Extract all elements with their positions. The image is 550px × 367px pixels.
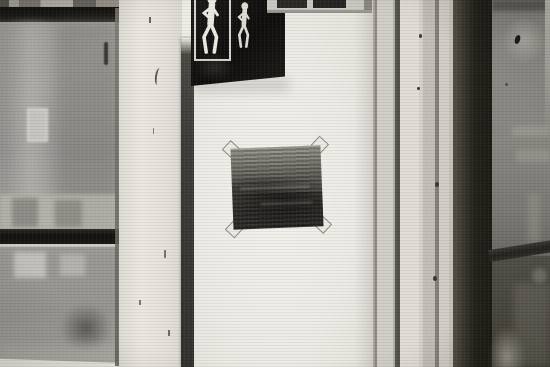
screw-hole [419,34,422,38]
left-window-upper-pane [0,22,118,230]
paint-speck [153,128,154,134]
reflection-streak [516,150,550,162]
reflection-rect [12,198,38,227]
paint-speck [168,330,170,336]
framed-object-bottom [267,0,372,13]
left-window-top-bar [0,7,126,23]
paint-speck [149,17,151,23]
glass-dark-spot [505,83,508,86]
reflection-streak [528,194,540,242]
screw-hole [417,87,420,90]
reflection-light-patch [532,268,547,283]
wall-edge-shading [354,0,375,367]
paint-speck [164,250,166,258]
middle-frame-strip [119,0,182,367]
sea-photo-group [224,138,330,238]
vertical-shadow-line [181,38,194,367]
wave-swell [232,191,323,229]
reflection-light-blob [27,108,48,142]
shadow-band [453,0,492,367]
photograph [0,0,550,367]
left-glazing-bar [0,229,119,244]
pane-top-shading [492,0,550,11]
reflection-light-blob [490,328,524,367]
left-window-lower-pane [0,247,118,367]
framed-bottom-line [267,10,372,13]
framed-dark-pane [313,0,346,8]
framed-dark-pane [277,0,307,8]
walking-figure-large [197,0,225,58]
reflection-rect [55,200,82,227]
paint-scratch [154,68,163,86]
reflection-bright-spot [502,16,546,64]
right-molding [373,0,453,367]
screw-hole [433,276,437,281]
reflection-light-blob [14,252,46,278]
walking-figure-small [233,3,255,52]
screw-hole [435,182,439,187]
lower-pane-dark [492,256,550,367]
right-window-pane [492,0,550,367]
paint-speck [139,300,141,305]
framed-edge-notch [364,0,372,10]
reflection-light-blob [60,254,85,276]
reflection-dark-mark [104,42,108,65]
pane-edge-highlight [545,0,550,135]
ocean-waves-photo [230,145,323,229]
